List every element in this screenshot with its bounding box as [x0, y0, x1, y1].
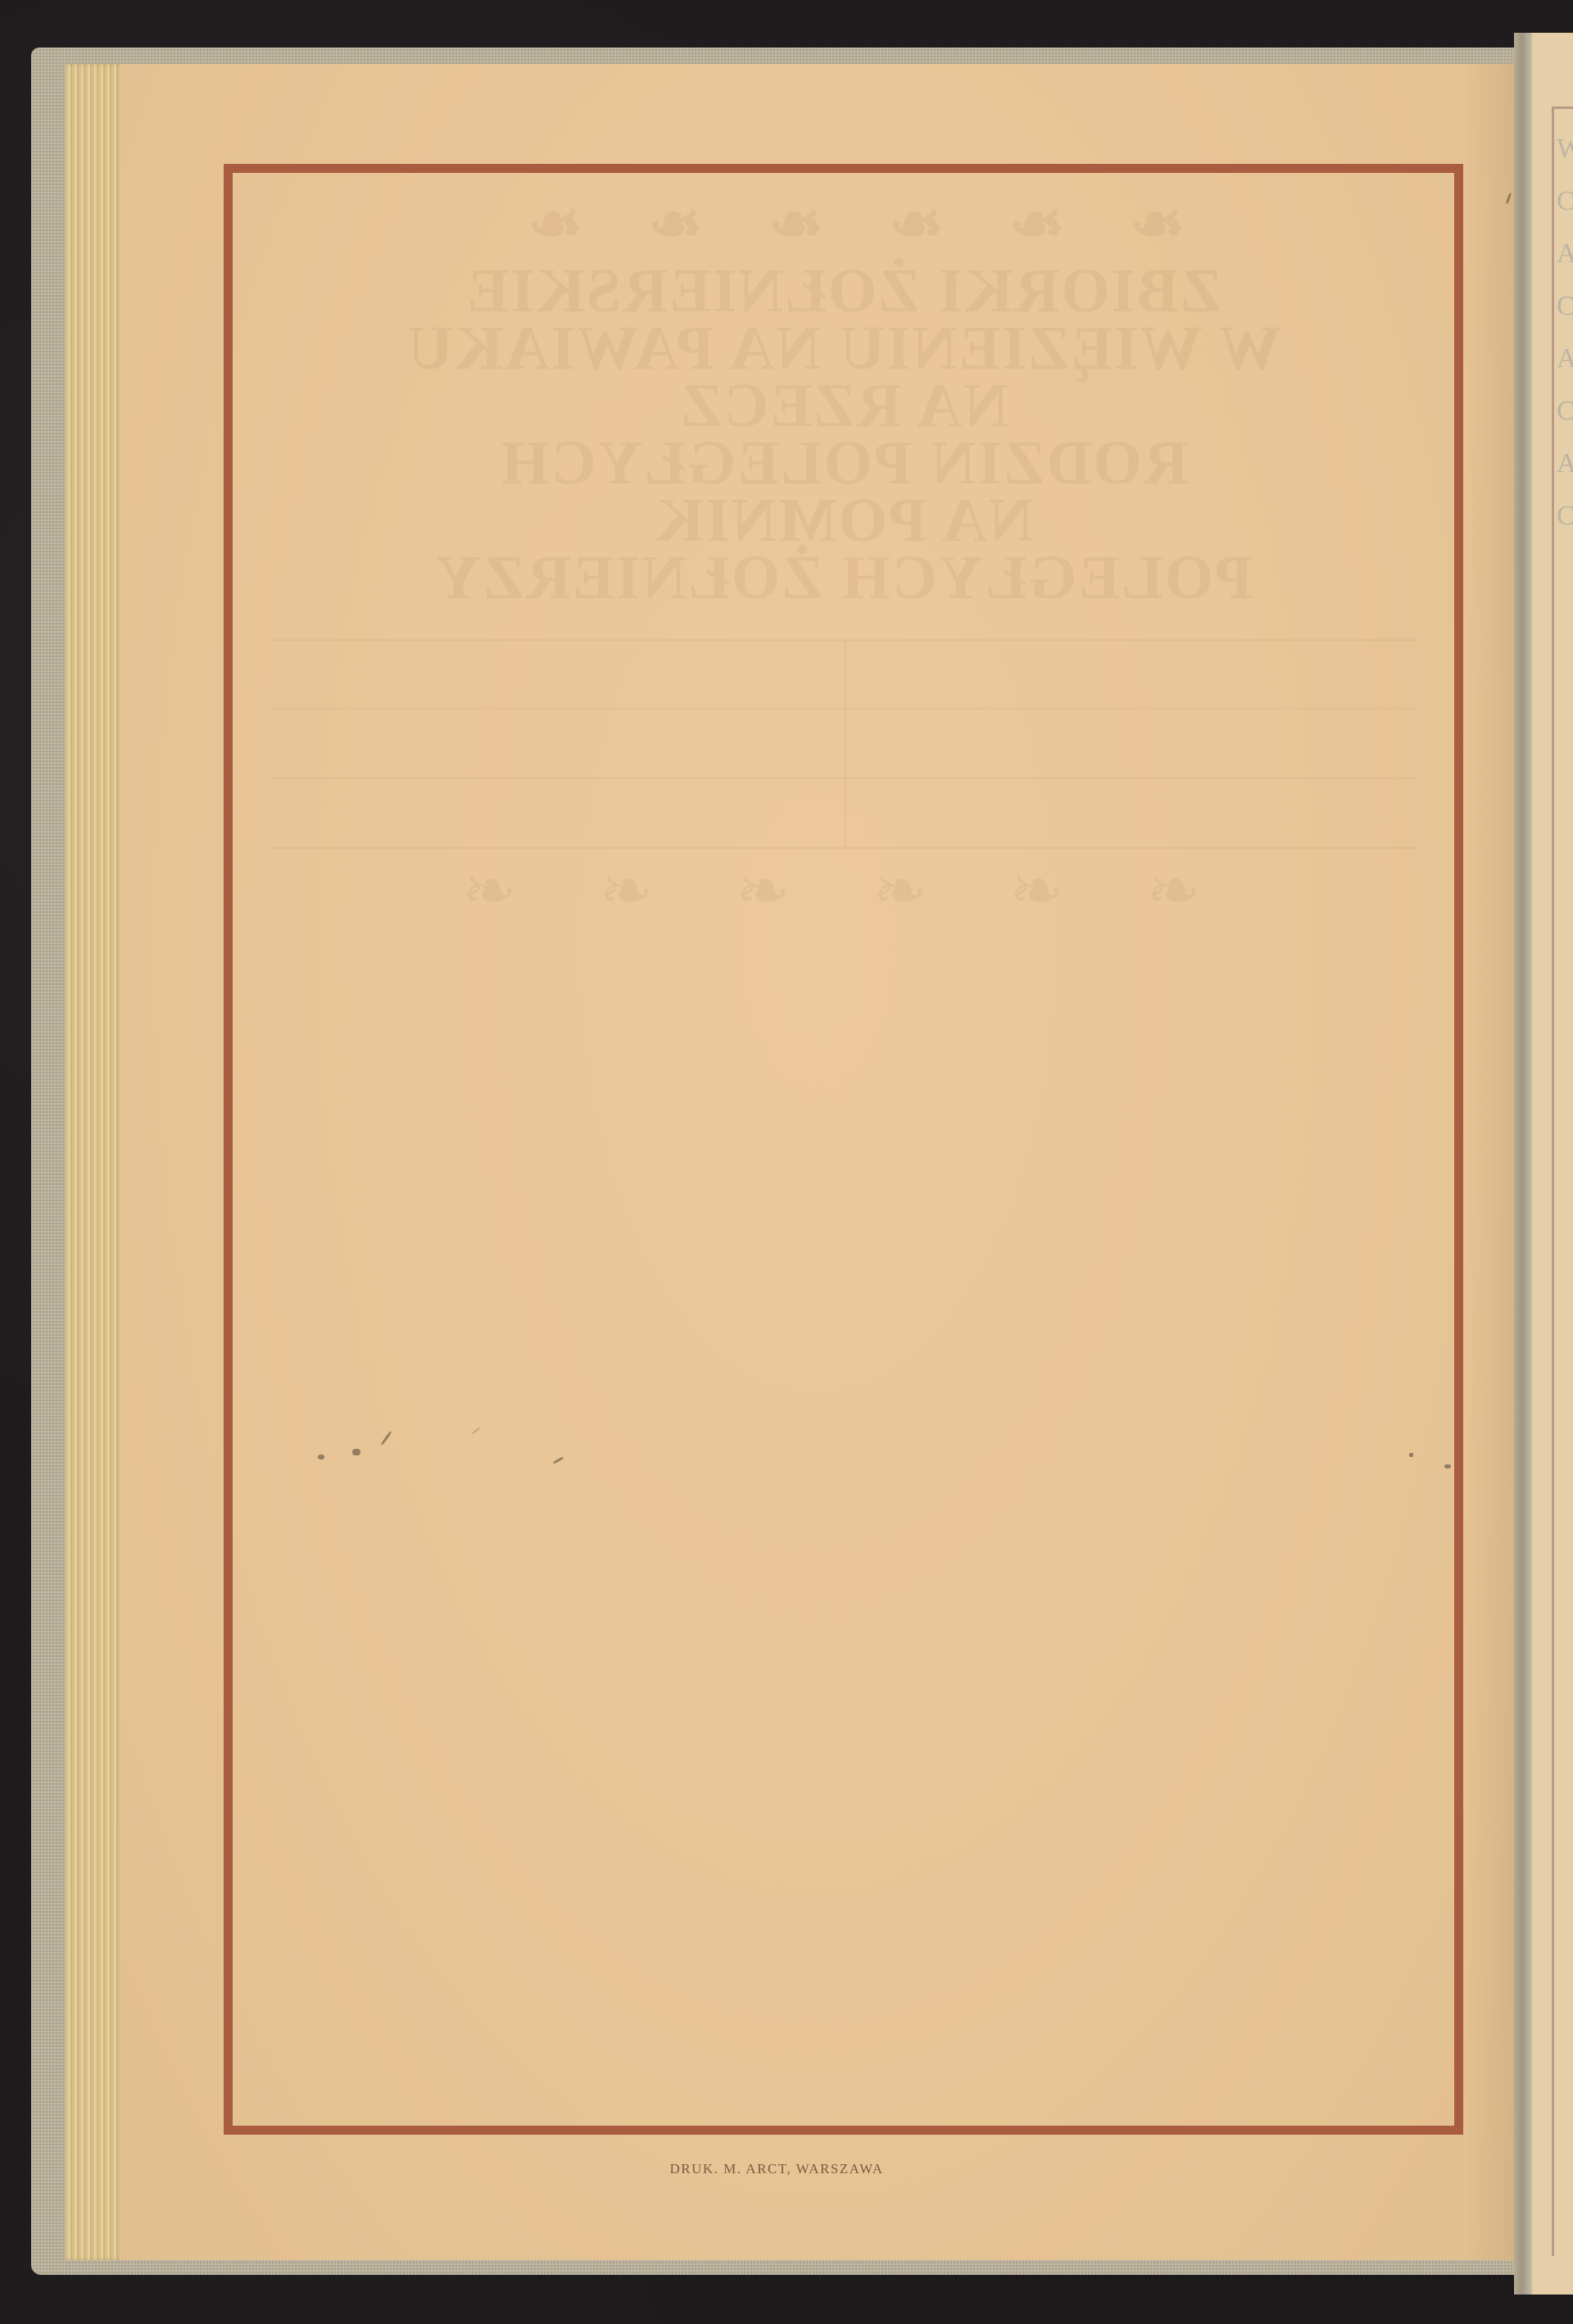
- book-gutter: [1514, 33, 1532, 2294]
- stain-speck: [318, 1455, 324, 1459]
- adjacent-page-strip: W C A C A C A C: [1532, 33, 1573, 2294]
- page-edges: [66, 64, 125, 2260]
- stain-speck: [352, 1449, 360, 1455]
- decorative-frame: [224, 164, 1463, 2135]
- stain-speck: [1444, 1464, 1451, 1468]
- printer-imprint: DRUK. M. ARCT, WARSZAWA: [0, 2161, 1573, 2177]
- adjacent-page-glyphs: W C A C A C A C: [1557, 123, 1573, 542]
- stain-speck: [1409, 1453, 1413, 1457]
